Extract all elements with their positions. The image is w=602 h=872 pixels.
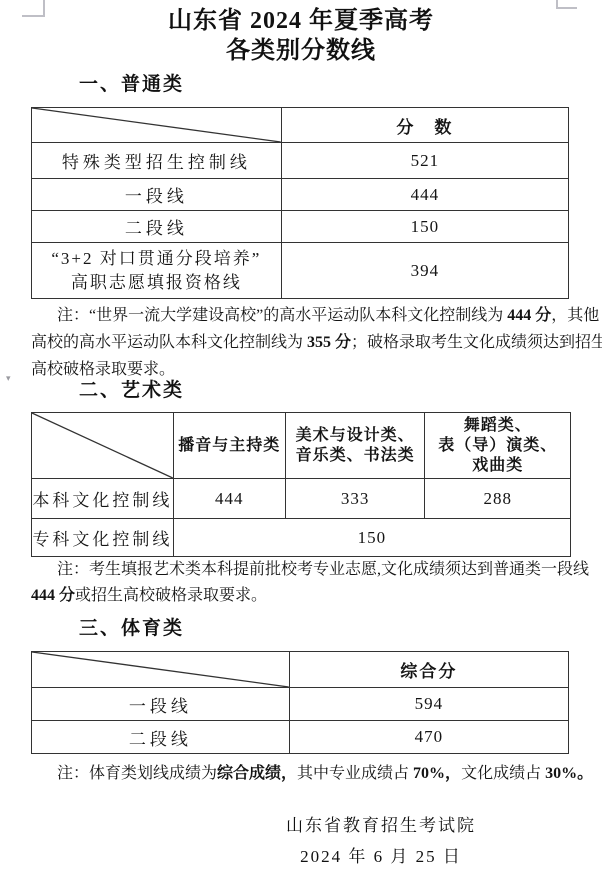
score-column-header: 分 数: [281, 108, 568, 143]
margin-triangle-icon: ▾: [6, 374, 11, 383]
table-row: 一段线 444: [32, 179, 569, 211]
note-line: 注：“世界一流大学建设高校”的高水平运动队本科文化控制线为 444 分，其他: [31, 302, 579, 329]
row-label-line2: 高职志愿填报资格线: [32, 271, 281, 295]
diagonal-header-cell: [32, 413, 174, 479]
row-label: 一段线: [32, 179, 282, 211]
note-text-bold: 70%，: [413, 765, 461, 782]
diagonal-line-icon: [32, 652, 289, 687]
score-cell: 333: [285, 479, 425, 519]
note-text-bold: 综合成绩，: [217, 765, 297, 782]
column-header-art-music: 美术与设计类、 音乐类、书法类: [285, 413, 425, 479]
document-page: ▾ 山东省 2024 年夏季高考 各类别分数线 一、普通类 分 数 特殊类型招生…: [0, 0, 602, 872]
note-text: 文化成绩占: [461, 765, 545, 782]
table-row: “3+2 对口贯通分段培养” 高职志愿填报资格线 394: [32, 243, 569, 299]
issue-date: 2024 年 6 月 25 日: [250, 841, 512, 872]
section-heading-general: 一、普通类: [79, 69, 184, 96]
score-cell: 521: [281, 143, 568, 179]
header-line: 戏曲类: [425, 456, 570, 476]
table-header-row: 播音与主持类 美术与设计类、 音乐类、书法类 舞蹈类、 表（导）演类、 戏曲类: [32, 413, 571, 479]
table-row: 本科文化控制线 444 333 288: [32, 479, 571, 519]
table-row: 特殊类型招生控制线 521: [32, 143, 569, 179]
row-label-line1: “3+2 对口贯通分段培养”: [32, 247, 281, 271]
note-text: ，其他: [551, 307, 599, 324]
note-text-bold: 355 分: [307, 334, 351, 351]
table-row: 专科文化控制线 150: [32, 519, 571, 557]
note-text: 高校的高水平运动队本科文化控制线为: [31, 334, 307, 351]
issuing-authority: 山东省教育招生考试院: [250, 810, 512, 841]
table-header-row: 分 数: [32, 108, 569, 143]
score-cell: 150: [281, 211, 568, 243]
score-cell-merged: 150: [173, 519, 570, 557]
row-label: 二段线: [32, 721, 290, 754]
note-text: 注：体育类划线成绩为: [57, 765, 217, 782]
score-cell: 444: [173, 479, 285, 519]
note-text-bold: 444 分: [31, 587, 75, 604]
note-text: 或招生高校破格录取要求。: [75, 587, 267, 604]
note-text: 注：“世界一流大学建设高校”的高水平运动队本科文化控制线为: [57, 307, 507, 324]
note-sports: 注：体育类划线成绩为综合成绩，其中专业成绩占 70%，文化成绩占 30%。: [31, 760, 579, 787]
arts-category-table: 播音与主持类 美术与设计类、 音乐类、书法类 舞蹈类、 表（导）演类、 戏曲类 …: [31, 412, 571, 557]
note-text: 注：考生填报艺术类本科提前批校考专业志愿,文化成绩须达到普通类一段线: [57, 561, 589, 578]
score-cell: 470: [289, 721, 568, 754]
score-cell: 594: [289, 688, 568, 721]
section-heading-sports: 三、体育类: [79, 613, 184, 640]
row-label: 特殊类型招生控制线: [32, 143, 282, 179]
general-category-table: 分 数 特殊类型招生控制线 521 一段线 444 二段线 150 “3+2 对…: [31, 107, 569, 299]
header-line: 表（导）演类、: [425, 436, 570, 456]
note-line: 444 分或招生高校破格录取要求。: [31, 583, 579, 609]
row-label: 二段线: [32, 211, 282, 243]
note-text: ；破格录取考生文化成绩须达到招生: [351, 334, 602, 351]
diagonal-header-cell: [32, 652, 290, 688]
note-line: 注：考生填报艺术类本科提前批校考专业志愿,文化成绩须达到普通类一段线: [31, 557, 579, 583]
note-text-bold: 444 分: [507, 307, 551, 324]
diagonal-line-icon: [32, 108, 281, 142]
page-title-line1: 山东省 2024 年夏季高考: [0, 6, 602, 36]
score-cell: 288: [425, 479, 571, 519]
page-title: 山东省 2024 年夏季高考 各类别分数线: [0, 6, 602, 66]
column-header-broadcast: 播音与主持类: [173, 413, 285, 479]
signature-block: 山东省教育招生考试院 2024 年 6 月 25 日: [250, 810, 512, 872]
section-heading-arts: 二、艺术类: [79, 375, 184, 402]
note-general: 注：“世界一流大学建设高校”的高水平运动队本科文化控制线为 444 分，其他 高…: [31, 302, 579, 383]
row-label: 本科文化控制线: [32, 479, 174, 519]
note-arts: 注：考生填报艺术类本科提前批校考专业志愿,文化成绩须达到普通类一段线 444 分…: [31, 557, 579, 609]
row-label: “3+2 对口贯通分段培养” 高职志愿填报资格线: [32, 243, 282, 299]
header-line: 播音与主持类: [174, 436, 285, 456]
header-line: 音乐类、书法类: [286, 446, 425, 466]
score-cell: 444: [281, 179, 568, 211]
diagonal-line-icon: [32, 413, 173, 478]
header-line: 舞蹈类、: [425, 416, 570, 436]
note-line: 高校的高水平运动队本科文化控制线为 355 分；破格录取考生文化成绩须达到招生: [31, 329, 579, 356]
row-label: 一段线: [32, 688, 290, 721]
page-title-line2: 各类别分数线: [0, 36, 602, 66]
composite-score-header: 综合分: [289, 652, 568, 688]
table-row: 一段线 594: [32, 688, 569, 721]
column-header-dance-drama: 舞蹈类、 表（导）演类、 戏曲类: [425, 413, 571, 479]
sports-category-table: 综合分 一段线 594 二段线 470: [31, 651, 569, 754]
note-text-bold: 30%。: [545, 765, 593, 782]
note-line: 注：体育类划线成绩为综合成绩，其中专业成绩占 70%，文化成绩占 30%。: [31, 760, 579, 787]
header-line: 美术与设计类、: [286, 426, 425, 446]
diagonal-header-cell: [32, 108, 282, 143]
table-row: 二段线 150: [32, 211, 569, 243]
table-row: 二段线 470: [32, 721, 569, 754]
table-header-row: 综合分: [32, 652, 569, 688]
note-text: 其中专业成绩占: [297, 765, 413, 782]
row-label: 专科文化控制线: [32, 519, 174, 557]
score-cell: 394: [281, 243, 568, 299]
